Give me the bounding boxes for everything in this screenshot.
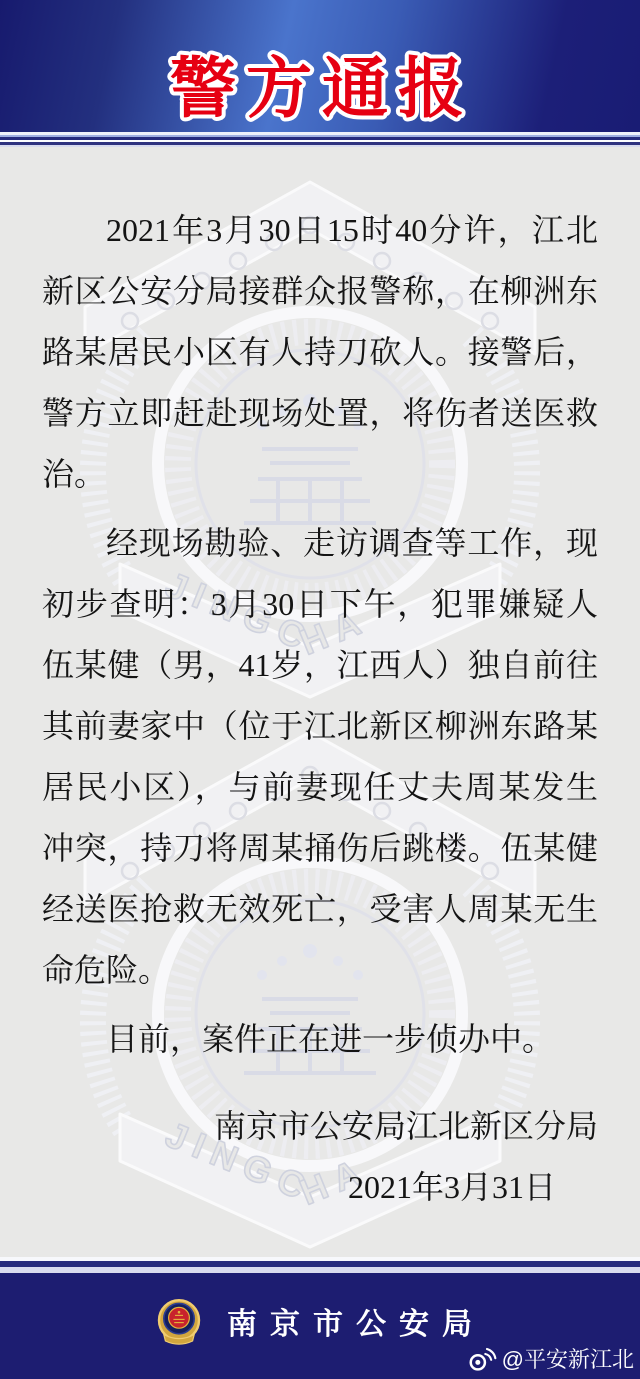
notice-footer: 南京市公安局 @平安新江北 — [0, 1273, 640, 1379]
weibo-watermark: @平安新江北 — [467, 1343, 634, 1374]
signature-block: 南京市公安局江北新区分局 2021年3月31日 — [42, 1096, 598, 1218]
weibo-icon — [467, 1346, 497, 1372]
issuing-authority: 南京市公安局江北新区分局 — [42, 1096, 598, 1157]
footer-divider-stripes — [0, 1257, 640, 1273]
footer-brand: 南京市公安局 — [0, 1273, 640, 1349]
police-notice-poster: 警方通报 — [0, 0, 640, 1379]
notice-title-text: 警方通报 — [170, 51, 474, 125]
police-badge-icon — [155, 1293, 203, 1349]
weibo-handle: @平安新江北 — [502, 1343, 634, 1374]
notice-paragraph-2: 经现场勘验、走访调查等工作，现初步查明：3月30日下午，犯罪嫌疑人伍某健（男，4… — [42, 513, 598, 1001]
footer-agency-name: 南京市公安局 — [227, 1299, 485, 1343]
notice-date: 2021年3月31日 — [42, 1157, 598, 1218]
header-divider-stripes — [0, 132, 640, 147]
notice-header: 警方通报 — [0, 0, 640, 132]
notice-content: 2021年3月30日15时40分许，江北新区公安分局接群众报警称，在柳洲东路某居… — [0, 147, 640, 1218]
notice-paragraph-1: 2021年3月30日15时40分许，江北新区公安分局接群众报警称，在柳洲东路某居… — [42, 200, 598, 505]
notice-body: JINGCHA 2021年3月30日15时40分许，江北新区公安分局接群众报警称… — [0, 147, 640, 1257]
notice-title: 警方通报 — [0, 0, 640, 132]
notice-paragraph-3: 目前，案件正在进一步侦办中。 — [42, 1009, 598, 1070]
